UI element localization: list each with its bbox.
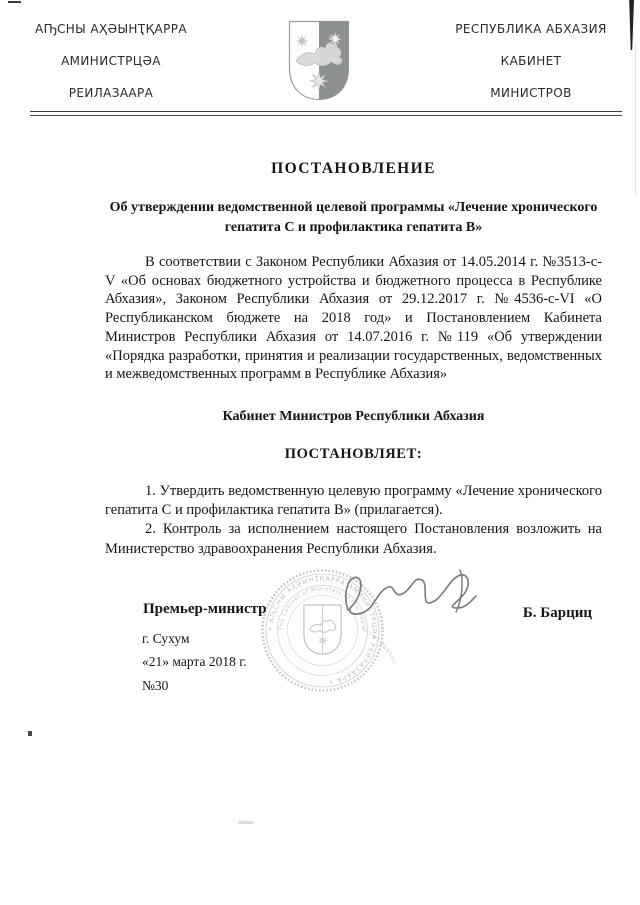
signatory-post: Премьер-министр — [143, 601, 267, 618]
decree-item-2: 2. Контроль за исполнением настоящего По… — [105, 520, 602, 558]
letterhead-line: МИНИСТРОВ — [446, 77, 616, 109]
letterhead-line: РЕИЛАЗААРА — [26, 77, 196, 109]
coat-of-arms-icon — [288, 20, 350, 102]
scan-artifact — [238, 821, 253, 824]
scan-artifact — [628, 0, 634, 50]
letterhead-divider — [30, 111, 622, 116]
letterhead-line: РЕСПУБЛИКА АБХАЗИЯ — [446, 13, 616, 45]
document-subtitle: Об утверждении ведомственной целевой про… — [105, 198, 602, 238]
decree-items: 1. Утвердить ведомственную целевую прогр… — [105, 482, 602, 559]
issuer-line: Кабинет Министров Республики Абхазия — [105, 409, 602, 425]
city-line: г. Сухум — [142, 631, 190, 647]
document-number: №30 — [142, 678, 168, 694]
document-title: ПОСТАНОВЛЕНИЕ — [105, 160, 602, 178]
letterhead-line: АҦСНЫ АҲӘЫНҬҚАРРА — [26, 13, 196, 45]
date-line: «21» марта 2018 г. — [142, 654, 247, 670]
scan-artifact — [635, 45, 636, 195]
scan-artifact — [8, 1, 21, 3]
intro-paragraph: В соответствии с Законом Республики Абха… — [105, 253, 602, 384]
letterhead-line: АМИНИСТРЦӘА — [26, 45, 196, 77]
decree-item-1: 1. Утвердить ведомственную целевую прогр… — [105, 482, 602, 520]
signatory-name: Б. Барциц — [523, 605, 592, 622]
scan-artifact — [28, 731, 32, 736]
handwritten-signature — [318, 556, 478, 634]
letterhead-left-abkhaz: АҦСНЫ АҲӘЫНҬҚАРРА АМИНИСТРЦӘА РЕИЛАЗААРА — [26, 13, 196, 109]
letterhead-right-russian: РЕСПУБЛИКА АБХАЗИЯ КАБИНЕТ МИНИСТРОВ — [446, 13, 616, 109]
decree-word: ПОСТАНОВЛЯЕТ: — [105, 446, 602, 463]
decree-document-page: АҦСНЫ АҲӘЫНҬҚАРРА АМИНИСТРЦӘА РЕИЛАЗААРА… — [0, 0, 640, 905]
intro-section: В соответствии с Законом Республики Абха… — [105, 253, 602, 384]
letterhead-line: КАБИНЕТ — [446, 45, 616, 77]
